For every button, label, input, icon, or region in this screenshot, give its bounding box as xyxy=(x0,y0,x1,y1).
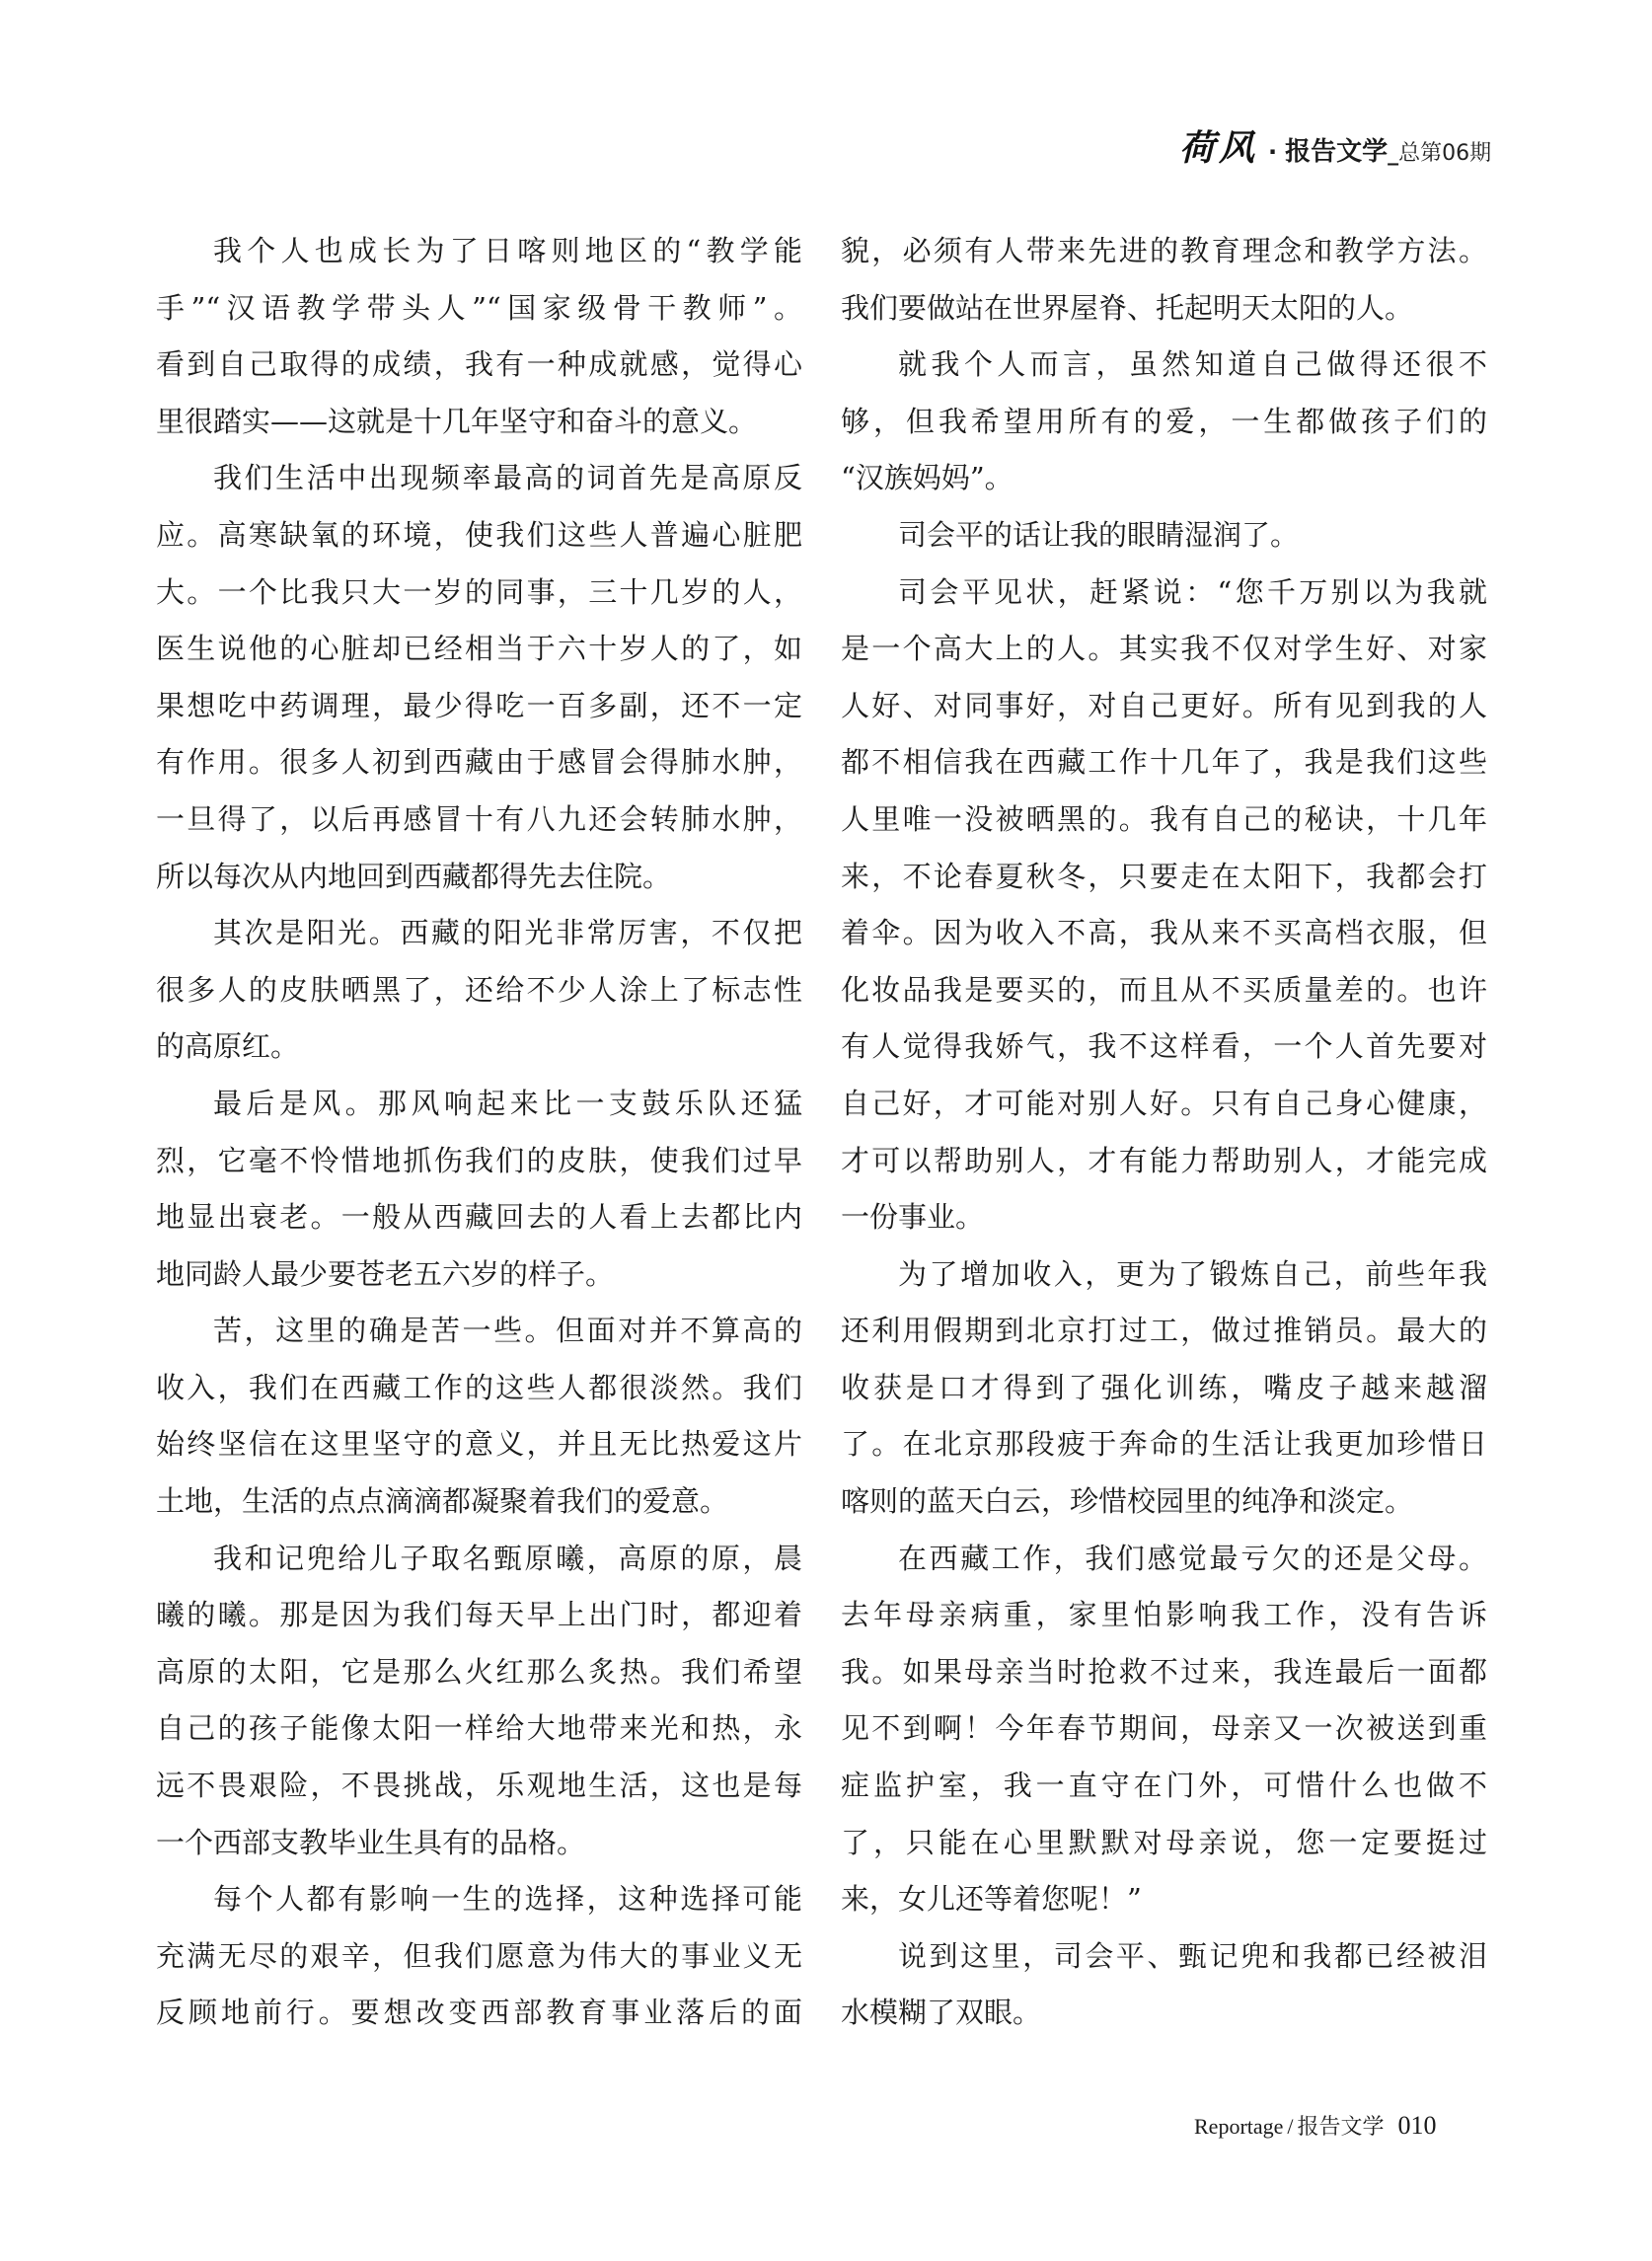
footer-section-english: Reportage xyxy=(1194,2114,1283,2140)
text-line: 还利用假期到北京打过工，做过推销员。最大的 xyxy=(841,1303,1487,1360)
text-line: 我们要做站在世界屋脊、托起明天太阳的人。 xyxy=(841,280,1487,338)
section-title: 报告文学 xyxy=(1285,131,1388,168)
text-line: 我。如果母亲当时抢救不过来，我连最后一面都 xyxy=(841,1644,1487,1701)
text-line: 远不畏艰险，不畏挑战，乐观地生活，这也是每 xyxy=(156,1758,802,1815)
text-line: 里很踏实——这就是十几年坚守和奋斗的意义。 xyxy=(156,394,802,451)
header-separator: · xyxy=(1268,138,1277,166)
text-line: 其次是阳光。西藏的阳光非常厉害，不仅把 xyxy=(156,905,802,962)
text-line: 手”“汉语教学带头人”“国家级骨干教师”。 xyxy=(156,280,802,338)
text-line: 大。一个比我只大一岁的同事，三十几岁的人， xyxy=(156,565,802,622)
right-text-column: 貌，必须有人带来先进的教育理念和教学方法。我们要做站在世界屋脊、托起明天太阳的人… xyxy=(841,223,1487,2042)
text-line: 见不到啊！今年春节期间，母亲又一次被送到重 xyxy=(841,1700,1487,1758)
text-line: 很多人的皮肤晒黑了，还给不少人涂上了标志性 xyxy=(156,962,802,1019)
text-line: 烈，它毫不怜惜地抓伤我们的皮肤，使我们过早 xyxy=(156,1133,802,1190)
text-line: 的高原红。 xyxy=(156,1018,802,1076)
footer-slash: / xyxy=(1287,2114,1293,2140)
text-line: 地显出衰老。一般从西藏回去的人看上去都比内 xyxy=(156,1189,802,1246)
magazine-logo: 荷风 xyxy=(1179,120,1258,171)
text-line: 喀则的蓝天白云，珍惜校园里的纯净和淡定。 xyxy=(841,1473,1487,1531)
text-line: 高原的太阳，它是那么火红那么炙热。我们希望 xyxy=(156,1644,802,1701)
text-line: 看到自己取得的成绩，我有一种成就感，觉得心 xyxy=(156,337,802,394)
text-line: 化妆品我是要买的，而且从不买质量差的。也许 xyxy=(841,962,1487,1019)
text-line: 反顾地前行。要想改变西部教育事业落后的面 xyxy=(156,1985,802,2042)
text-line: 一个西部支教毕业生具有的品格。 xyxy=(156,1815,802,1872)
text-line: 果想吃中药调理，最少得吃一百多副，还不一定 xyxy=(156,678,802,735)
text-line: 了，只能在心里默默对母亲说，您一定要挺过 xyxy=(841,1815,1487,1872)
text-line: 土地，生活的点点滴滴都凝聚着我们的爱意。 xyxy=(156,1473,802,1531)
text-line: 人里唯一没被晒黑的。我有自己的秘诀，十几年 xyxy=(841,791,1487,849)
text-line: 都不相信我在西藏工作十几年了，我是我们这些 xyxy=(841,734,1487,791)
text-line: 了。在北京那段疲于奔命的生活让我更加珍惜日 xyxy=(841,1416,1487,1473)
text-line: 人好、对同事好，对自己更好。所有见到我的人 xyxy=(841,678,1487,735)
text-line: 症监护室，我一直守在门外，可惜什么也做不 xyxy=(841,1758,1487,1815)
text-line: 说到这里，司会平、甄记兜和我都已经被泪 xyxy=(841,1928,1487,1986)
text-line: 去年母亲病重，家里怕影响我工作，没有告诉 xyxy=(841,1587,1487,1644)
text-line: 司会平的话让我的眼睛湿润了。 xyxy=(841,507,1487,565)
text-line: 貌，必须有人带来先进的教育理念和教学方法。 xyxy=(841,223,1487,280)
text-line: 水模糊了双眼。 xyxy=(841,1985,1487,2042)
text-line: 为了增加收入，更为了锻炼自己，前些年我 xyxy=(841,1246,1487,1304)
text-line: 充满无尽的艰辛，但我们愿意为伟大的事业义无 xyxy=(156,1928,802,1986)
text-line: 来，女儿还等着您呢！” xyxy=(841,1871,1487,1928)
text-line: 每个人都有影响一生的选择，这种选择可能 xyxy=(156,1871,802,1928)
text-line: 最后是风。那风响起来比一支鼓乐队还猛 xyxy=(156,1076,802,1133)
text-line: 苦，这里的确是苦一些。但面对并不算高的 xyxy=(156,1303,802,1360)
page-number: 010 xyxy=(1398,2111,1437,2141)
text-line: 曦的曦。那是因为我们每天早上出门时，都迎着 xyxy=(156,1587,802,1644)
text-line: 有作用。很多人初到西藏由于感冒会得肺水肿， xyxy=(156,734,802,791)
text-line: 收获是口才得到了强化训练，嘴皮子越来越溜 xyxy=(841,1360,1487,1417)
text-line: 始终坚信在这里坚守的意义，并且无比热爱这片 xyxy=(156,1416,802,1473)
text-line: 是一个高大上的人。其实我不仅对学生好、对家 xyxy=(841,621,1487,678)
text-line: 就我个人而言，虽然知道自己做得还很不 xyxy=(841,337,1487,394)
text-line: 自己的孩子能像太阳一样给大地带来光和热，永 xyxy=(156,1700,802,1758)
left-text-column: 我个人也成长为了日喀则地区的“教学能手”“汉语教学带头人”“国家级骨干教师”。看… xyxy=(156,223,802,2042)
text-line: 着伞。因为收入不高，我从来不买高档衣服，但 xyxy=(841,905,1487,962)
text-line: 医生说他的心脏却已经相当于六十岁人的了，如 xyxy=(156,621,802,678)
text-line: 在西藏工作，我们感觉最亏欠的还是父母。 xyxy=(841,1531,1487,1588)
footer-section-chinese: 报告文学 xyxy=(1298,2110,1385,2141)
text-line: 收入，我们在西藏工作的这些人都很淡然。我们 xyxy=(156,1360,802,1417)
header-underscore: _ xyxy=(1388,141,1398,166)
text-line: 司会平见状，赶紧说：“您千万别以为我就 xyxy=(841,565,1487,622)
text-line: 应。高寒缺氧的环境，使我们这些人普遍心脏肥 xyxy=(156,507,802,565)
text-line: 我个人也成长为了日喀则地区的“教学能 xyxy=(156,223,802,280)
page-footer: Reportage / 报告文学 010 xyxy=(1194,2110,1437,2141)
text-line: 一旦得了，以后再感冒十有八九还会转肺水肿， xyxy=(156,791,802,849)
text-line: 来，不论春夏秋冬，只要走在太阳下，我都会打 xyxy=(841,849,1487,906)
text-line: 所以每次从内地回到西藏都得先去住院。 xyxy=(156,849,802,906)
text-line: 我和记兜给儿子取名甄原曦，高原的原，晨 xyxy=(156,1531,802,1588)
text-line: “汉族妈妈”。 xyxy=(841,450,1487,507)
text-line: 够，但我希望用所有的爱，一生都做孩子们的 xyxy=(841,394,1487,451)
running-header: 荷风 · 报告文学 _ 总第06期 xyxy=(1179,120,1491,170)
text-line: 有人觉得我娇气，我不这样看，一个人首先要对 xyxy=(841,1018,1487,1076)
text-line: 一份事业。 xyxy=(841,1189,1487,1246)
text-line: 才可以帮助别人，才有能力帮助别人，才能完成 xyxy=(841,1133,1487,1190)
issue-number: 总第06期 xyxy=(1398,136,1491,167)
text-line: 自己好，才可能对别人好。只有自己身心健康， xyxy=(841,1076,1487,1133)
text-line: 地同龄人最少要苍老五六岁的样子。 xyxy=(156,1246,802,1304)
text-line: 我们生活中出现频率最高的词首先是高原反 xyxy=(156,450,802,507)
